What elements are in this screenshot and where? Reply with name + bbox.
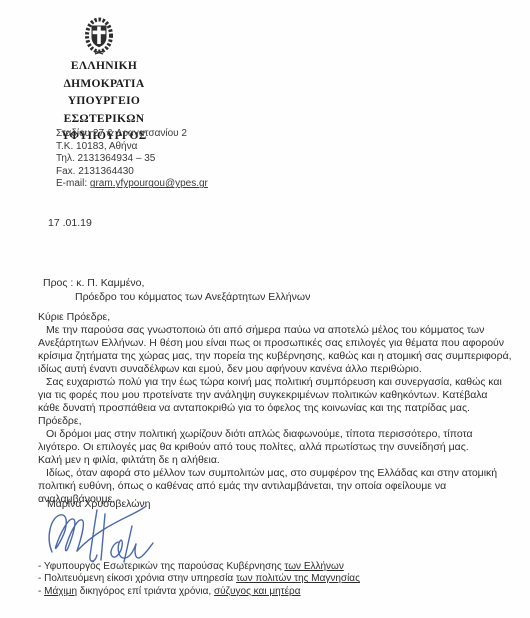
credential-1-text: - Υφυπουργός Εσωτερικών της παρούσας Κυβ… — [38, 561, 284, 572]
vocative-line: Πρόεδρε, — [38, 415, 512, 428]
recipient-block: Προς : κ. Π. Καμμένο, Πρόεδρο του κόμματ… — [43, 276, 310, 304]
credential-line-3: - Μάχιμη δικηγόρος επί τριάντα χρόνια, σ… — [38, 586, 360, 598]
paragraph-thanks: Σας ευχαριστώ πολύ για την έως τώρα κοιν… — [38, 376, 512, 415]
contact-fax: Fax. 2131364430 — [56, 166, 208, 179]
credential-2-underlined: των πολιτών της Μαγνησίας — [236, 573, 360, 584]
credential-3-underlined-1: Μάχιμη — [44, 586, 77, 597]
contact-phone: Τηλ. 2131364934 – 35 — [56, 153, 208, 166]
letterhead-republic: ΕΛΛΗΝΙΚΗ ΔΗΜΟΚΡΑΤΙΑ — [30, 58, 178, 93]
letter-body: Κύριε Πρόεδρε, Με την παρούσα σας γνωστο… — [38, 311, 512, 506]
credential-3-text: δικηγόρος επί τριάντα χρόνια, — [77, 586, 214, 597]
contact-email-line: E-mail: gram.yfypourgou@ypes.gr — [56, 178, 208, 191]
credential-3-underlined-2: σύζυγος και μητέρα — [214, 586, 301, 597]
aphorism-line: Καλή μεν η φιλία, φιλτάτη δε η αλήθεια. — [38, 454, 512, 467]
letterhead-ministry: ΥΠΟΥΡΓΕΙΟ ΕΣΩΤΕΡΙΚΩΝ — [30, 93, 178, 128]
salutation: Κύριε Πρόεδρε, — [38, 311, 512, 324]
contact-block: Σταδίου 27 & Δραγατσανίου 2 Τ.Κ. 10183, … — [56, 128, 208, 191]
email-label: E-mail: — [56, 178, 90, 189]
recipient-title-line: Πρόεδρο του κόμματος των Ανεξάρτητων Ελλ… — [43, 290, 310, 304]
contact-street: Σταδίου 27 & Δραγατσανίου 2 — [56, 128, 208, 141]
paragraph-parting: Οι δρόμοι μας στην πολιτική χωρίζουν διό… — [38, 428, 512, 454]
email-link[interactable]: gram.yfypourgou@ypes.gr — [90, 178, 208, 189]
credential-line-2: - Πολιτευόμενη είκοσι χρόνια στην υπηρεσ… — [38, 573, 360, 585]
contact-city: Τ.Κ. 10183, Αθήνα — [56, 141, 208, 154]
credential-2-text: - Πολιτευόμενη είκοσι χρόνια στην υπηρεσ… — [38, 573, 236, 584]
greek-coat-of-arms-icon — [84, 16, 114, 56]
credential-1-underlined: των Ελλήνων — [284, 561, 343, 572]
paragraph-resignation: Με την παρούσα σας γνωστοποιώ ότι από σή… — [38, 324, 512, 376]
handwritten-signature — [42, 504, 160, 568]
scanned-letter-page: ΕΛΛΗΝΙΚΗ ΔΗΜΟΚΡΑΤΙΑ ΥΠΟΥΡΓΕΙΟ ΕΣΩΤΕΡΙΚΩΝ… — [0, 0, 530, 618]
footer-credentials: - Υφυπουργός Εσωτερικών της παρούσας Κυβ… — [38, 561, 360, 598]
credential-line-1: - Υφυπουργός Εσωτερικών της παρούσας Κυβ… — [38, 561, 360, 573]
recipient-to-line: Προς : κ. Π. Καμμένο, — [43, 276, 310, 290]
letter-date: 17 .01.19 — [48, 217, 92, 229]
